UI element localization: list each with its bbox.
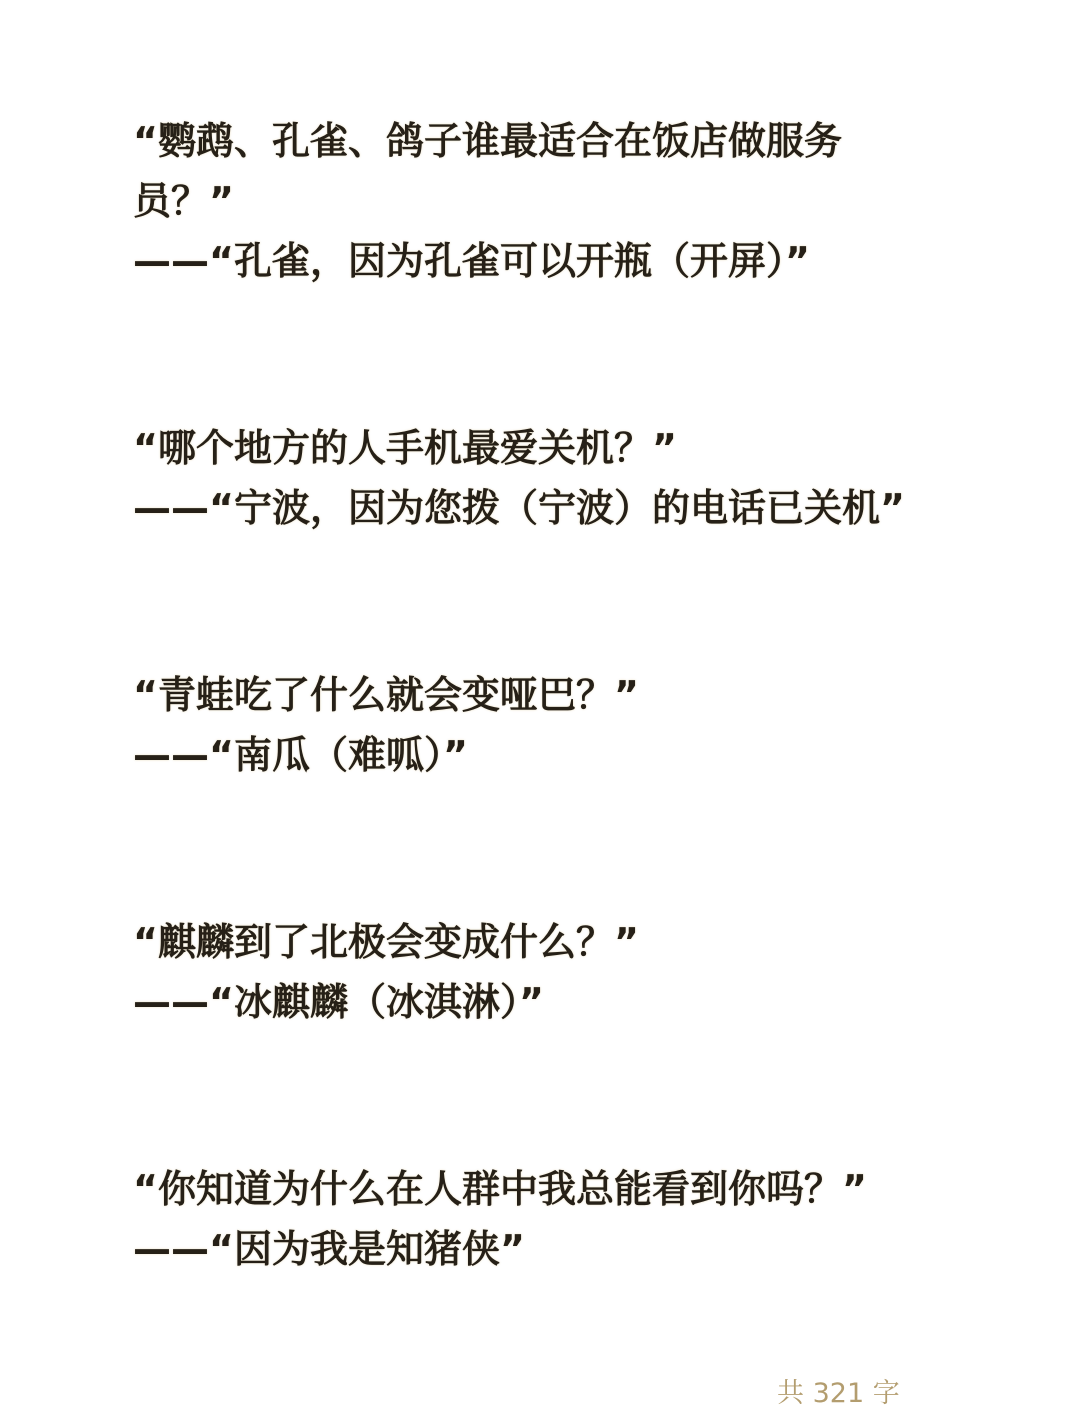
word-count-label: 共 321 字: [777, 1378, 900, 1410]
joke-question: “青蛙吃了什么就会变哑巴？”: [133, 665, 1045, 725]
joke-item: “青蛙吃了什么就会变哑巴？” ——“南瓜（难呱）”: [133, 665, 1045, 785]
joke-answer: ——“因为我是知猪侠”: [133, 1219, 1045, 1279]
joke-question: “鹦鹉、孔雀、鸽子谁最适合在饭店做服务 员？”: [133, 111, 1045, 231]
joke-answer: ——“宁波，因为您拨（宁波）的电话已关机”: [133, 478, 1045, 538]
joke-item: “哪个地方的人手机最爱关机？” ——“宁波，因为您拨（宁波）的电话已关机”: [133, 418, 1045, 538]
joke-question: “哪个地方的人手机最爱关机？”: [133, 418, 1045, 478]
joke-answer: ——“南瓜（难呱）”: [133, 725, 1045, 785]
joke-question: “麒麟到了北极会变成什么？”: [133, 912, 1045, 972]
joke-list: “鹦鹉、孔雀、鸽子谁最适合在饭店做服务 员？” ——“孔雀，因为孔雀可以开瓶（开…: [133, 111, 1045, 1406]
joke-item: “鹦鹉、孔雀、鸽子谁最适合在饭店做服务 员？” ——“孔雀，因为孔雀可以开瓶（开…: [133, 111, 1045, 291]
joke-answer: ——“孔雀，因为孔雀可以开瓶（开屏）”: [133, 231, 1045, 291]
joke-item: “你知道为什么在人群中我总能看到你吗？” ——“因为我是知猪侠”: [133, 1159, 1045, 1279]
joke-answer: ——“冰麒麟（冰淇淋）”: [133, 972, 1045, 1032]
joke-item: “麒麟到了北极会变成什么？” ——“冰麒麟（冰淇淋）”: [133, 912, 1045, 1032]
joke-question: “你知道为什么在人群中我总能看到你吗？”: [133, 1159, 1045, 1219]
